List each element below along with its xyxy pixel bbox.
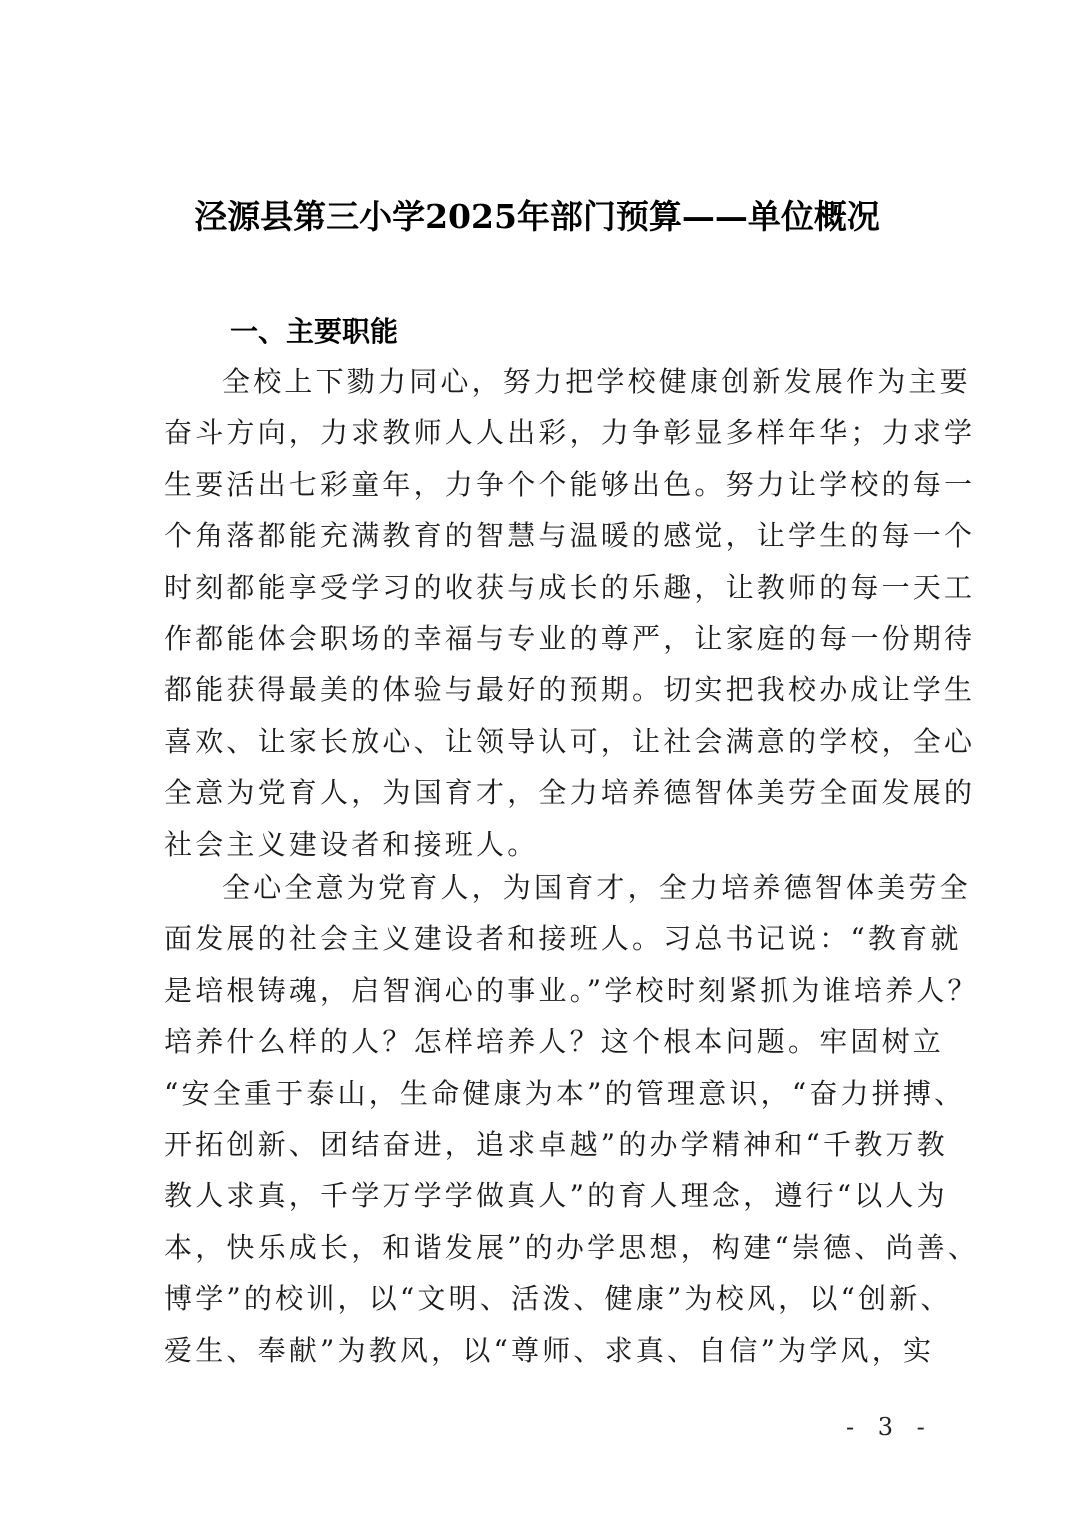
paragraph-line: 时刻都能享受学习的收获与成长的乐趣，让教师的每一天工 bbox=[164, 562, 912, 613]
paragraph-1: 全校上下勠力同心，努力把学校健康创新发展作为主要 奋斗方向，力求教师人人出彩，力… bbox=[164, 356, 912, 870]
paragraph-line: 作都能体会职场的幸福与专业的尊严，让家庭的每一份期待 bbox=[164, 613, 912, 664]
paragraph-line: 喜欢、让家长放心、让领导认可，让社会满意的学校，全心 bbox=[164, 716, 912, 767]
document-page: 泾源县第三小学2025年部门预算——单位概况 一、主要职能 全校上下勠力同心，努… bbox=[0, 0, 1074, 1520]
paragraph-line: 全校上下勠力同心，努力把学校健康创新发展作为主要 bbox=[164, 356, 912, 407]
paragraph-line: 培养什么样的人？怎样培养人？这个根本问题。牢固树立 bbox=[164, 1016, 912, 1067]
paragraph-line: “安全重于泰山，生命健康为本”的管理意识，“奋力拼搏、 bbox=[164, 1068, 912, 1119]
paragraph-line: 面发展的社会主义建设者和接班人。习总书记说：“教育就 bbox=[164, 913, 912, 964]
document-title: 泾源县第三小学2025年部门预算——单位概况 bbox=[0, 192, 1074, 242]
paragraph-line: 博学”的校训，以“文明、活泼、健康”为校风，以“创新、 bbox=[164, 1273, 912, 1324]
paragraph-line: 全心全意为党育人，为国育才，全力培养德智体美劳全 bbox=[164, 862, 912, 913]
paragraph-line: 教人求真，千学万学学做真人”的育人理念，遵行“以人为 bbox=[164, 1170, 912, 1221]
paragraph-line: 都能获得最美的体验与最好的预期。切实把我校办成让学生 bbox=[164, 664, 912, 715]
paragraph-line: 是培根铸魂，启智润心的事业。”学校时刻紧抓为谁培养人？ bbox=[164, 965, 912, 1016]
paragraph-line: 个角落都能充满教育的智慧与温暖的感觉，让学生的每一个 bbox=[164, 510, 912, 561]
section-heading: 一、主要职能 bbox=[230, 310, 398, 354]
paragraph-line: 全意为党育人，为国育才，全力培养德智体美劳全面发展的 bbox=[164, 767, 912, 818]
paragraph-line: 爱生、奉献”为教风，以“尊师、求真、自信”为学风，实 bbox=[164, 1325, 912, 1376]
paragraph-line: 奋斗方向，力求教师人人出彩，力争彰显多样年华；力求学 bbox=[164, 407, 912, 458]
paragraph-line: 生要活出七彩童年，力争个个能够出色。努力让学校的每一 bbox=[164, 459, 912, 510]
paragraph-line: 开拓创新、团结奋进，追求卓越”的办学精神和“千教万教 bbox=[164, 1119, 912, 1170]
page-number: - 3 - bbox=[846, 1412, 933, 1442]
paragraph-2: 全心全意为党育人，为国育才，全力培养德智体美劳全 面发展的社会主义建设者和接班人… bbox=[164, 862, 912, 1376]
paragraph-line: 本，快乐成长，和谐发展”的办学思想，构建“崇德、尚善、 bbox=[164, 1222, 912, 1273]
